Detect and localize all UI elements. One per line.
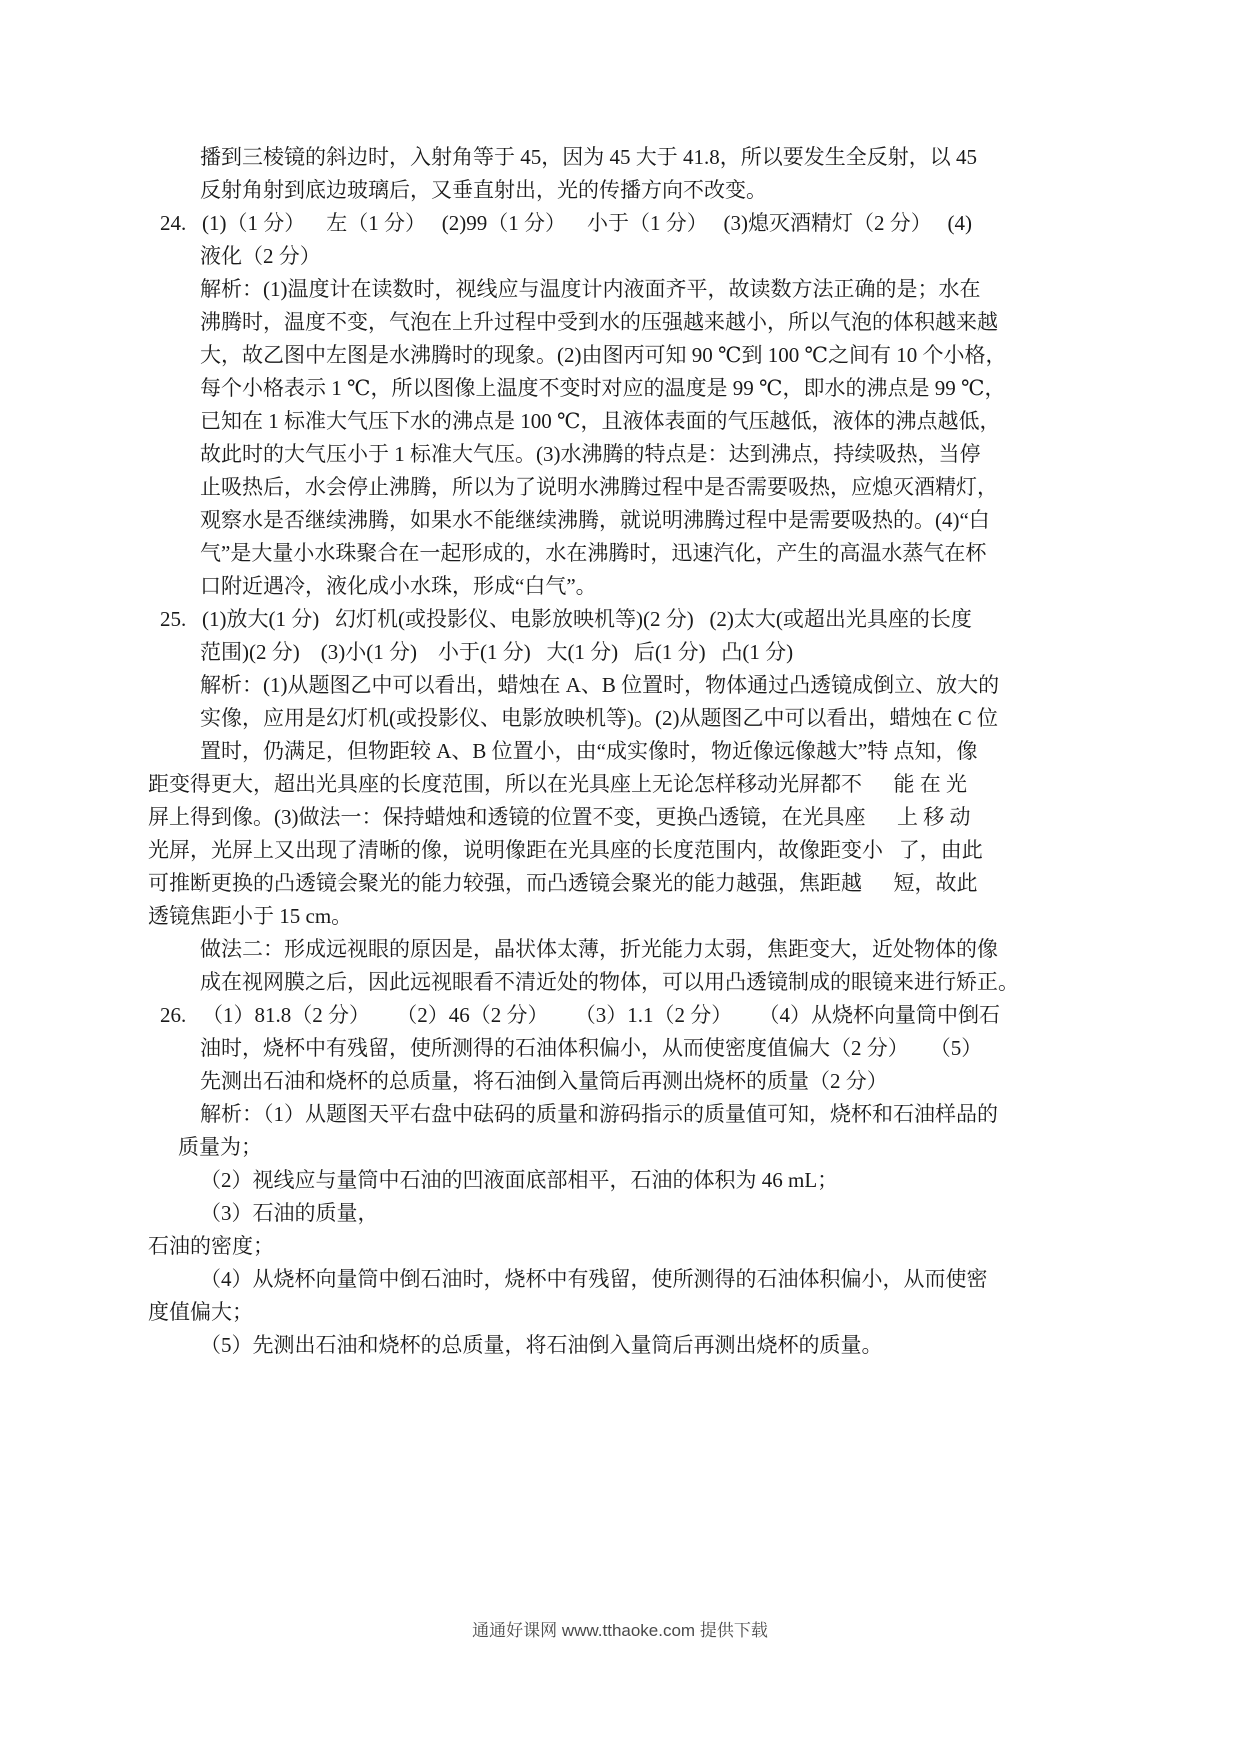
answer-item-24: 24.(1)（1 分） 左（1 分） (2)99（1 分） 小于（1 分） (3…	[0, 207, 1240, 240]
text-line: 口附近遇冷，液化成小水珠，形成“白气”。	[0, 570, 1240, 603]
text-line: 石油的密度；	[0, 1230, 1240, 1263]
text-line: 播到三棱镜的斜边时，入射角等于 45，因为 45 大于 41.8，所以要发生全反…	[0, 141, 1240, 174]
question-number-26: 26.	[160, 999, 202, 1032]
text-line: （4）从烧杯向量筒中倒石油时，烧杯中有残留，使所测得的石油体积偏小，从而使密	[0, 1263, 1240, 1296]
text-line: 已知在 1 标准大气压下水的沸点是 100 ℃，且液体表面的气压越低，液体的沸点…	[0, 405, 1240, 438]
footer-watermark: 通通好课网 www.tthaoke.com 提供下载	[0, 1616, 1240, 1641]
text-line: 反射角射到底边玻璃后，又垂直射出，光的传播方向不改变。	[0, 174, 1240, 207]
text-line: 止吸热后，水会停止沸腾，所以为了说明水沸腾过程中是否需要吸热，应熄灭酒精灯，	[0, 471, 1240, 504]
text-line: 可推断更换的凸透镜会聚光的能力较强，而凸透镜会聚光的能力越强，焦距越 短，故此	[0, 867, 1240, 900]
text-line: 解析：(1)温度计在读数时，视线应与温度计内液面齐平，故读数方法正确的是；水在	[0, 273, 1240, 306]
text-line: 透镜焦距小于 15 cm。	[0, 900, 1240, 933]
text-line: 光屏，光屏上又出现了清晰的像，说明像距在光具座的长度范围内，故像距变小 了，由此	[0, 834, 1240, 867]
text-line: 屏上得到像。(3)做法一：保持蜡烛和透镜的位置不变，更换凸透镜，在光具座 上 移…	[0, 801, 1240, 834]
text-line: 故此时的大气压小于 1 标准大气压。(3)水沸腾的特点是：达到沸点，持续吸热，当…	[0, 438, 1240, 471]
answer-item-26: 26.（1）81.8（2 分） （2）46（2 分） （3）1.1（2 分） （…	[0, 999, 1240, 1032]
text-line: （2）视线应与量筒中石油的凹液面底部相平，石油的体积为 46 mL；	[0, 1164, 1240, 1197]
text-line: （3）石油的质量，	[0, 1197, 1240, 1230]
answer-text: (1)（1 分） 左（1 分） (2)99（1 分） 小于（1 分） (3)熄灭…	[202, 211, 972, 235]
text-line: 做法二：形成远视眼的原因是，晶状体太薄，折光能力太弱，焦距变大，近处物体的像	[0, 933, 1240, 966]
answer-text: (1)放大(1 分) 幻灯机(或投影仪、电影放映机等)(2 分) (2)太大(或…	[202, 607, 972, 631]
text-line: 范围)(2 分) (3)小(1 分) 小于(1 分) 大(1 分) 后(1 分)…	[0, 636, 1240, 669]
question-number-24: 24.	[160, 207, 202, 240]
text-line: 每个小格表示 1 ℃，所以图像上温度不变时对应的温度是 99 ℃，即水的沸点是 …	[0, 372, 1240, 405]
text-line: 先测出石油和烧杯的总质量，将石油倒入量筒后再测出烧杯的质量（2 分）	[0, 1065, 1240, 1098]
text-line: 距变得更大，超出光具座的长度范围，所以在光具座上无论怎样移动光屏都不 能 在 光	[0, 768, 1240, 801]
text-line: （5）先测出石油和烧杯的总质量，将石油倒入量筒后再测出烧杯的质量。	[0, 1329, 1240, 1362]
answer-item-25: 25.(1)放大(1 分) 幻灯机(或投影仪、电影放映机等)(2 分) (2)太…	[0, 603, 1240, 636]
text-line: 气”是大量小水珠聚合在一起形成的，水在沸腾时，迅速汽化，产生的高温水蒸气在杯	[0, 537, 1240, 570]
text-line: 油时，烧杯中有残留，使所测得的石油体积偏小，从而使密度值偏大（2 分） （5）	[0, 1032, 1240, 1065]
text-line: 质量为；	[0, 1131, 1240, 1164]
text-line: 沸腾时，温度不变，气泡在上升过程中受到水的压强越来越小，所以气泡的体积越来越	[0, 306, 1240, 339]
document-body: 播到三棱镜的斜边时，入射角等于 45，因为 45 大于 41.8，所以要发生全反…	[0, 141, 1240, 1362]
text-line: 观察水是否继续沸腾，如果水不能继续沸腾，就说明沸腾过程中是需要吸热的。(4)“白	[0, 504, 1240, 537]
text-line: 大，故乙图中左图是水沸腾时的现象。(2)由图丙可知 90 ℃到 100 ℃之间有…	[0, 339, 1240, 372]
text-line: 成在视网膜之后，因此远视眼看不清近处的物体，可以用凸透镜制成的眼镜来进行矫正。	[0, 966, 1240, 999]
question-number-25: 25.	[160, 603, 202, 636]
document-page: 播到三棱镜的斜边时，入射角等于 45，因为 45 大于 41.8，所以要发生全反…	[0, 0, 1240, 1754]
text-line: 实像，应用是幻灯机(或投影仪、电影放映机等)。(2)从题图乙中可以看出，蜡烛在 …	[0, 702, 1240, 735]
text-line: 度值偏大；	[0, 1296, 1240, 1329]
text-line: 解析：（1）从题图天平右盘中砝码的质量和游码指示的质量值可知，烧杯和石油样品的	[0, 1098, 1240, 1131]
text-line: 液化（2 分）	[0, 240, 1240, 273]
text-line: 解析：(1)从题图乙中可以看出，蜡烛在 A、B 位置时，物体通过凸透镜成倒立、放…	[0, 669, 1240, 702]
answer-text: （1）81.8（2 分） （2）46（2 分） （3）1.1（2 分） （4）从…	[202, 1003, 1000, 1027]
text-line: 置时，仍满足，但物距较 A、B 位置小，由“成实像时，物近像远像越大”特 点知，…	[0, 735, 1240, 768]
